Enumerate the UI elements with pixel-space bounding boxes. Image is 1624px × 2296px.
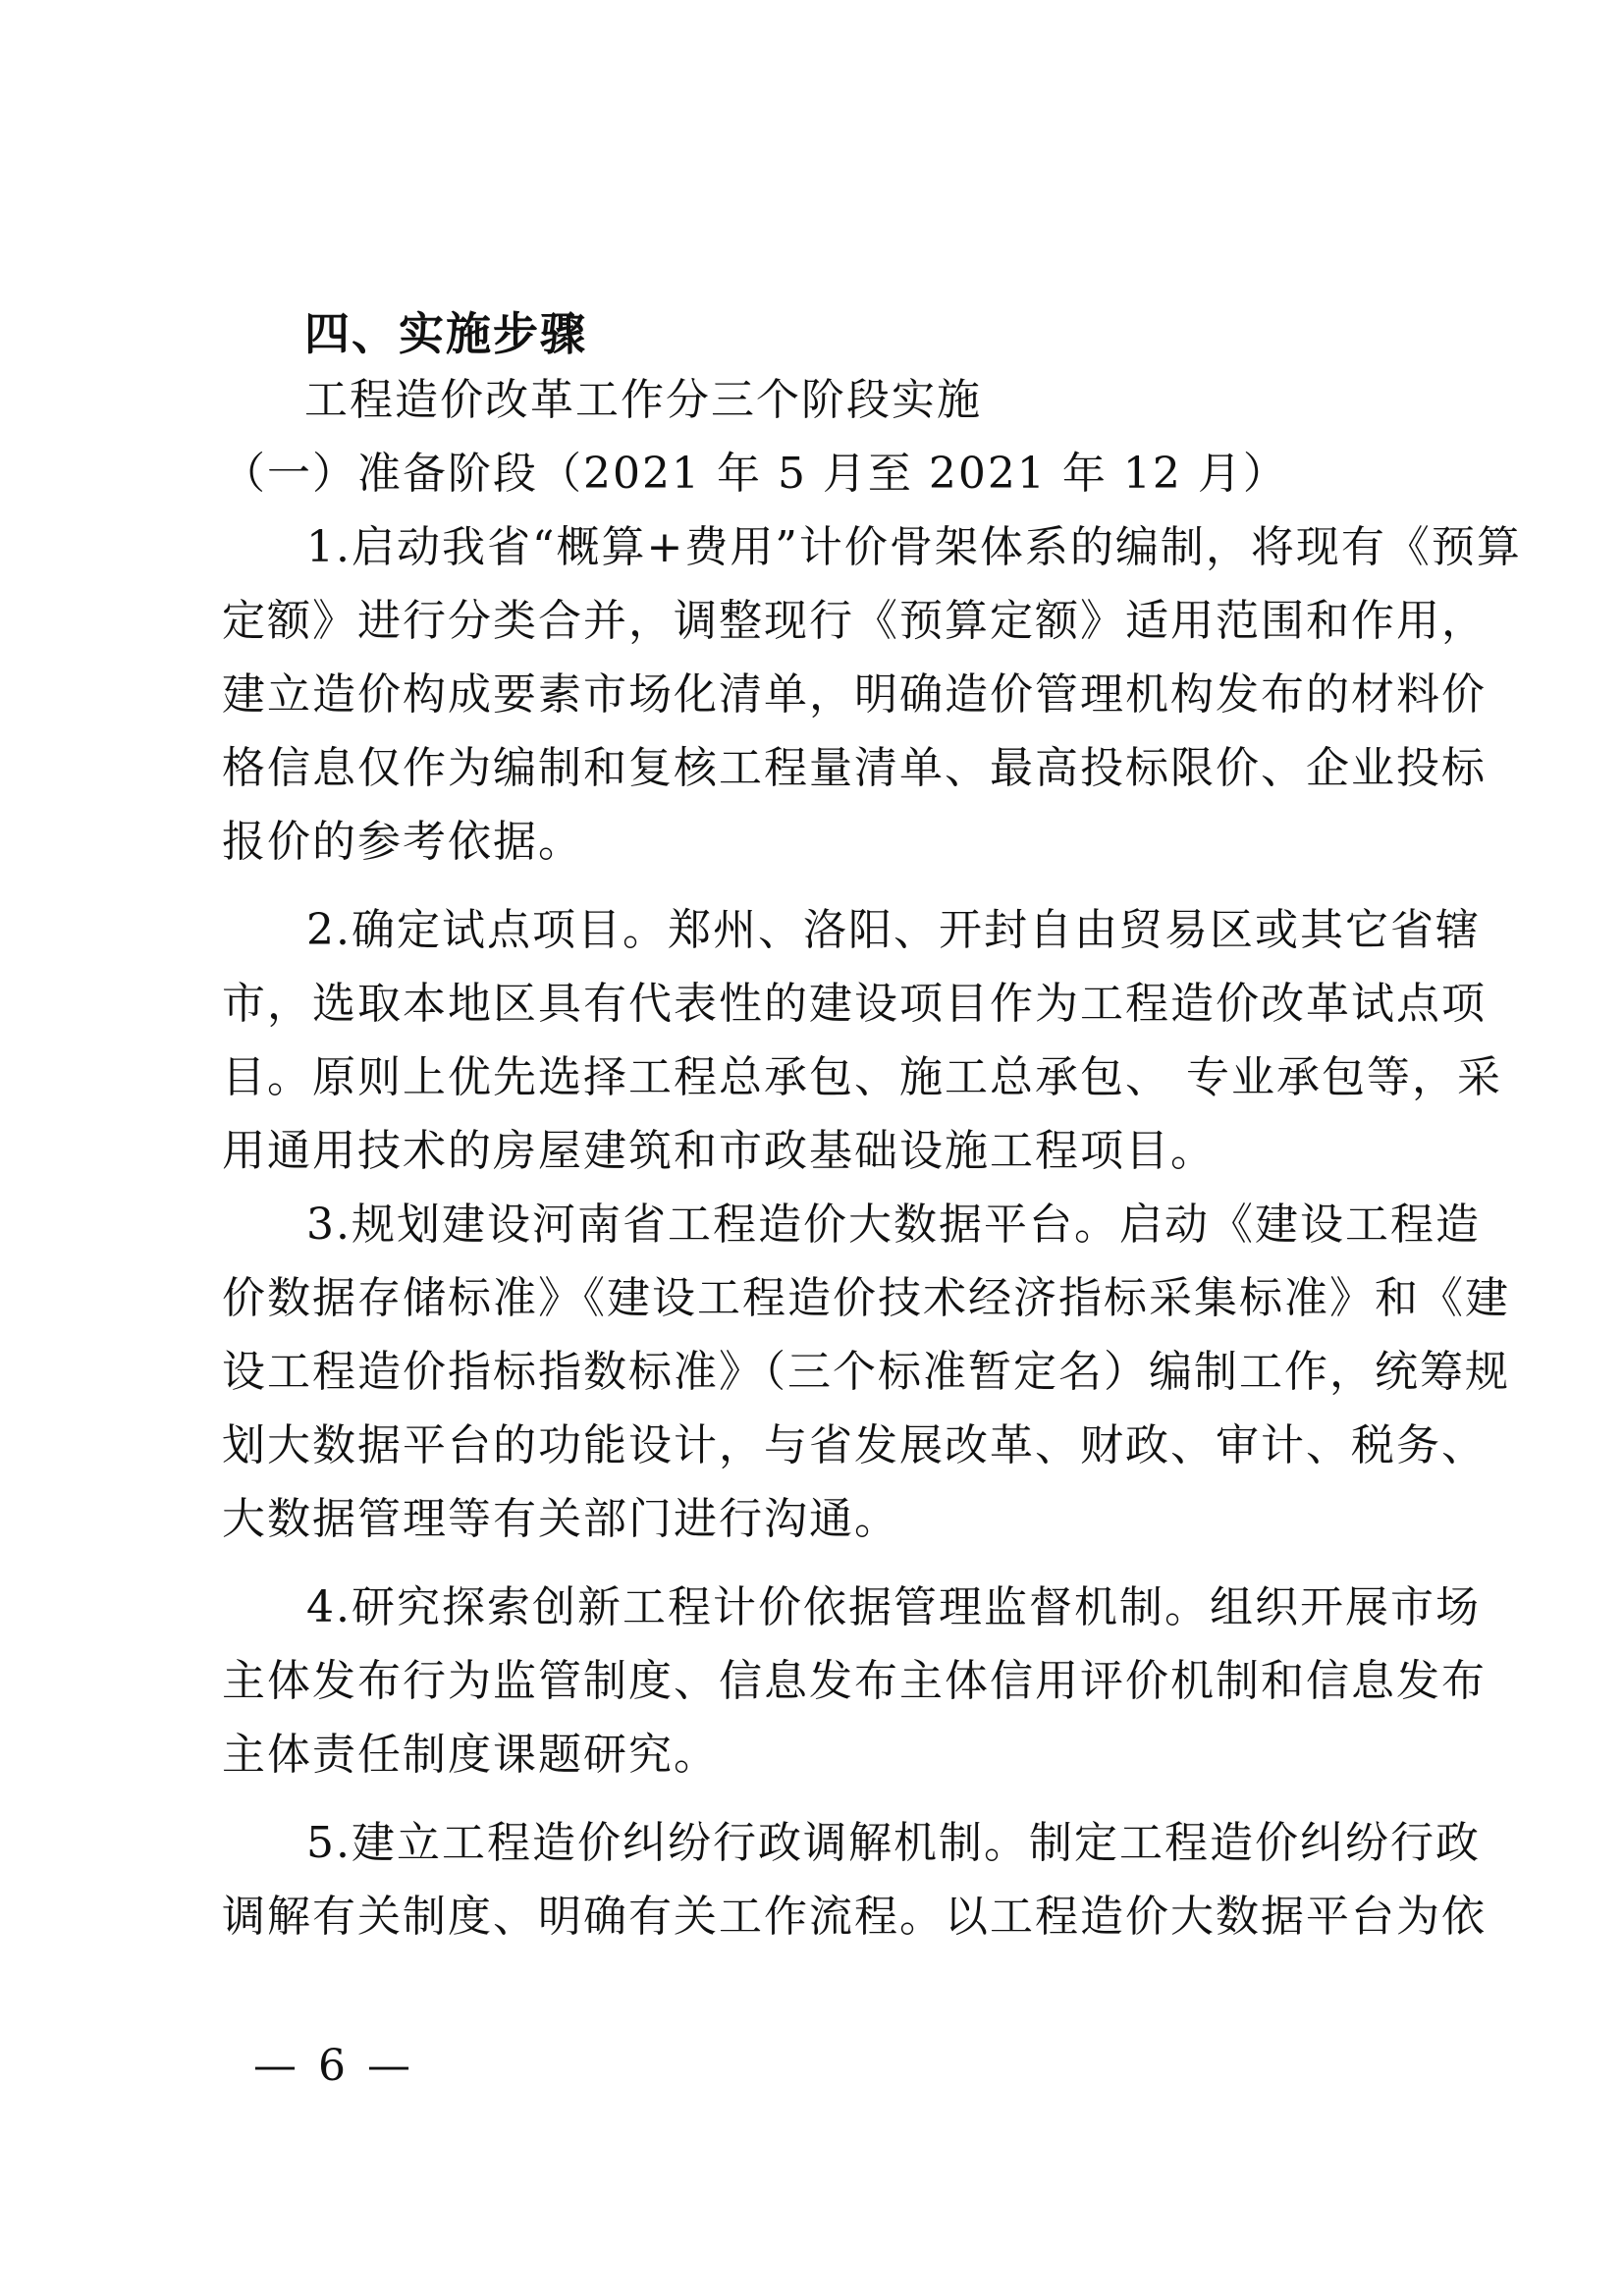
paragraph-line: 3.规划建设河南省工程造价大数据平台。启动《建设工程造 — [222, 1196, 1412, 1255]
paragraph-line: 市，选取本地区具有代表性的建设项目作为工程造价改革试点项 — [222, 975, 1412, 1034]
paragraph-line: 报价的参考依据。 — [222, 813, 1412, 872]
section-heading: 四、实施步骤 — [304, 304, 587, 363]
paragraph-line: 建立造价构成要素市场化清单，明确造价管理机构发布的材料价 — [222, 666, 1412, 724]
paragraph-line: 用通用技术的房屋建筑和市政基础设施工程项目。 — [222, 1122, 1412, 1181]
paragraph-line: 格信息仅作为编制和复核工程量清单、最高投标限价、企业投标 — [222, 739, 1412, 798]
paragraph-line: 主体发布行为监管制度、信息发布主体信用评价机制和信息发布 — [222, 1652, 1412, 1711]
paragraph-line: 5.建立工程造价纠纷行政调解机制。制定工程造价纠纷行政 — [222, 1814, 1412, 1873]
paragraph-line: 划大数据平台的功能设计，与省发展改革、财政、审计、税务、 — [222, 1416, 1412, 1475]
paragraph-line: 4.研究探索创新工程计价依据管理监督机制。组织开展市场 — [222, 1578, 1412, 1637]
subheading: （一）准备阶段（2021 年 5 月至 2021 年 12 月） — [222, 445, 1412, 504]
paragraph-line: 主体责任制度课题研究。 — [222, 1726, 1412, 1785]
paragraph-line: 目。原则上优先选择工程总承包、施工总承包、 专业承包等，采 — [222, 1048, 1412, 1107]
paragraph-line: 2.确定试点项目。郑州、洛阳、开封自由贸易区或其它省辖 — [222, 901, 1412, 960]
paragraph-line: 1.启动我省“概算+费用”计价骨架体系的编制，将现有《预算 — [222, 518, 1412, 577]
page-number: — 6 — — [253, 2037, 414, 2096]
intro-text: 工程造价改革工作分三个阶段实施 — [304, 371, 1286, 430]
paragraph-line: 设工程造价指标指数标准》（三个标准暂定名）编制工作，统筹规 — [222, 1343, 1412, 1402]
paragraph-line: 调解有关制度、明确有关工作流程。以工程造价大数据平台为依 — [222, 1888, 1412, 1947]
paragraph-line: 价数据存储标准》《建设工程造价技术经济指标采集标准》和《建 — [222, 1269, 1412, 1328]
paragraph-line: 大数据管理等有关部门进行沟通。 — [222, 1490, 1412, 1549]
document-page: 四、实施步骤 工程造价改革工作分三个阶段实施 （一）准备阶段（2021 年 5 … — [0, 0, 1624, 2296]
paragraph-line: 定额》进行分类合并，调整现行《预算定额》适用范围和作用， — [222, 592, 1412, 651]
